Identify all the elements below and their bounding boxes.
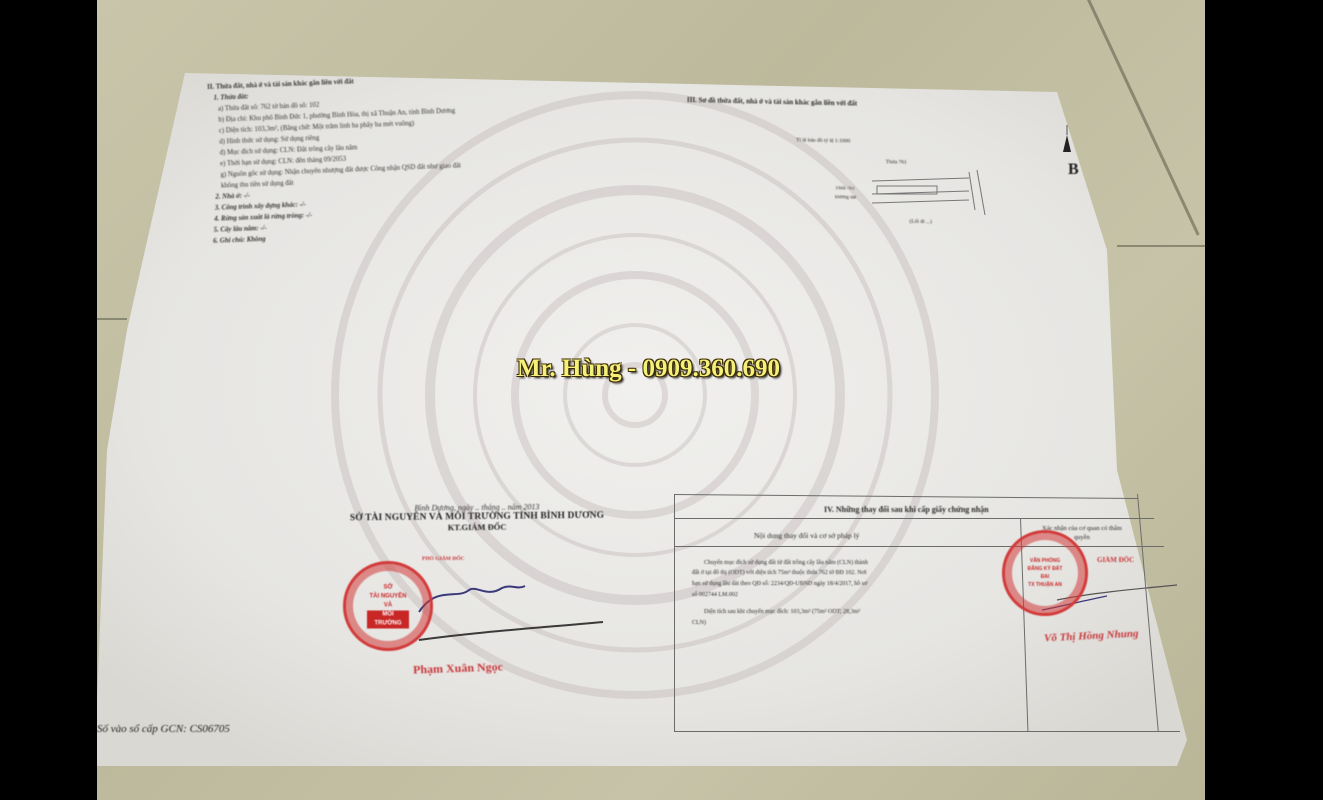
column-header: Nội dung thay đổi và cơ sở pháp lý [754,531,859,540]
diagram-label: Thửa 761 [886,158,907,167]
diagram-label: Đường đất [835,193,857,202]
seal-text: VĂN PHÒNG [1025,557,1065,565]
change-content: Chuyển mục đích sử dụng đất từ đất trồng… [704,558,868,569]
diagram-label: Thửa 763 [835,184,854,193]
signer-subtitle: PHÓ GIÁM ĐỐC [422,556,464,562]
seal-text: VÀ [367,602,409,611]
official-seal-right: VĂN PHÒNG ĐĂNG KÝ ĐẤT ĐAI TX THUẬN AN [1002,530,1088,616]
section-4-changes-table: IV. Những thay đổi sau khi cấp giấy chứn… [674,494,1180,732]
signer-name: Phạm Xuân Ngọc [413,659,503,677]
seal-text: MÔI TRƯỜNG [367,611,409,629]
change-content: hạn sử dụng lâu dài theo QĐ số: 2234/QĐ-… [692,580,867,589]
diagram-label: (Lối đi ...) [909,218,932,227]
photo-background: II. Thửa đất, nhà ở và tài sản khác gắn … [97,0,1205,800]
seal-text: TX THUẬN AN [1025,581,1065,589]
north-arrow-label: B [1068,161,1079,179]
gcn-registration-number: Số vào sổ cấp GCN: CS06705 [97,723,230,735]
change-content: CLN) [692,619,706,628]
seal-text: TÀI NGUYÊN [367,593,409,602]
section-4-heading: IV. Những thay đổi sau khi cấp giấy chứn… [824,505,989,514]
seal-text: SỞ [367,584,409,593]
official-seal-left: SỞ TÀI NGUYÊN VÀ MÔI TRƯỜNG [343,561,433,651]
confirm-title: GIÁM ĐỐC [1097,556,1134,564]
change-content: số 002744 LM.002 [692,591,738,600]
contact-watermark: Mr. Hùng - 0909.360.690 [517,355,917,383]
section-2-land-info: II. Thửa đất, nhà ở và tài sản khác gắn … [207,72,464,246]
change-content: đất ở tại đô thị (ODT) với diện tích 75m… [692,569,867,578]
signature-block: Bình Dương, ngày .. tháng .. năm 2013 SỞ… [297,501,657,534]
map-scale: Tỉ lệ bản đồ tỷ lệ 1:1000 [796,136,850,146]
change-content: Diện tích sau khi chuyển mục đích: 103,3… [704,608,860,617]
seal-text: ĐĂNG KÝ ĐẤT ĐAI [1025,565,1065,581]
confirm-signer-name: Võ Thị Hồng Nhung [1044,628,1139,645]
